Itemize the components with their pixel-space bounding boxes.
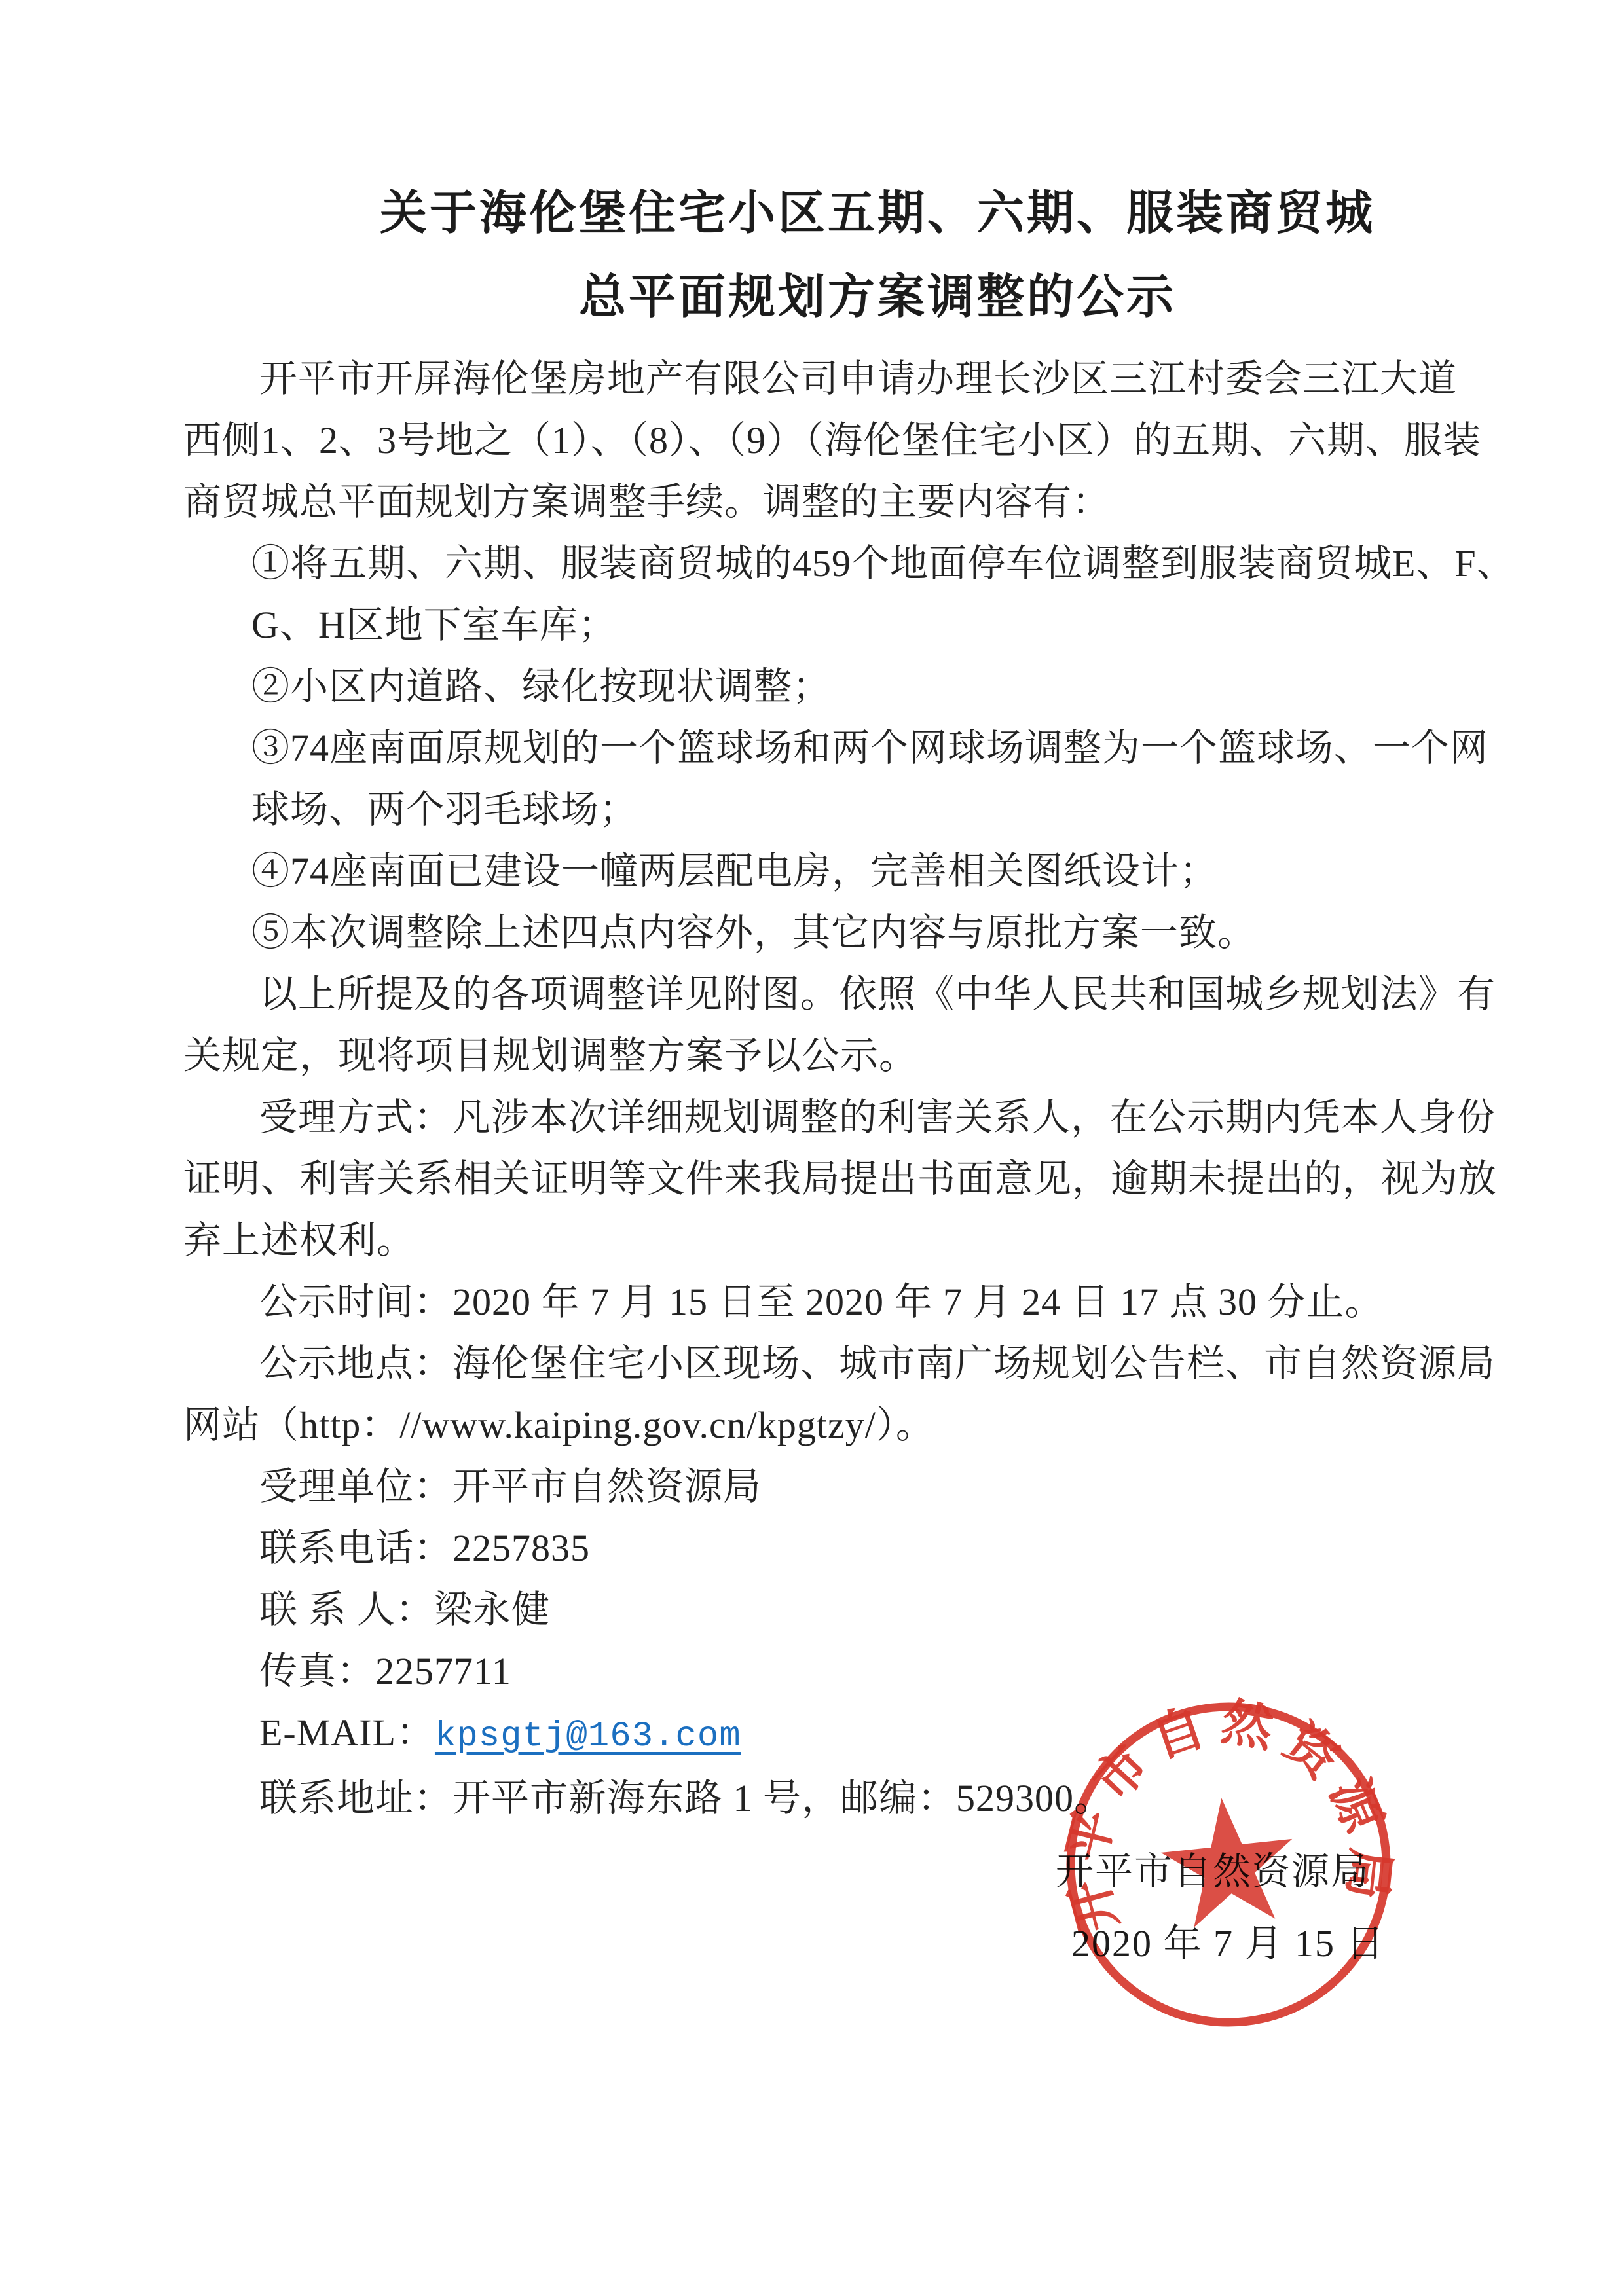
accepting-unit-line: 受理单位：开平市自然资源局 [183,1456,1434,1518]
publicity-place-line-2: 网站（http：//www.kaiping.gov.cn/kpgtzy/）。 [183,1394,1434,1456]
item-3-line-2: 球场、两个羽毛球场； [183,779,1434,841]
publicity-place-line-1: 公示地点：海伦堡住宅小区现场、城市南广场规划公告栏、市自然资源局 [183,1333,1434,1394]
intro-line-3: 商贸城总平面规划方案调整手续。调整的主要内容有： [183,471,1434,533]
notice-page: 关于海伦堡住宅小区五期、六期、服装商贸城 总平面规划方案调整的公示 开平市开屏海… [0,0,1624,2296]
attachment-note-line-2: 关规定，现将项目规划调整方案予以公示。 [183,1025,1434,1087]
item-1-line-1: ①将五期、六期、服装商贸城的459个地面停车位调整到服装商贸城E、F、 [183,533,1434,594]
intro-line-2: 西侧1、2、3号地之（1）、（8）、（9）（海伦堡住宅小区）的五期、六期、服装 [183,410,1434,471]
item-3-line-1: ③74座南面原规划的一个篮球场和两个网球场调整为一个篮球场、一个网 [183,718,1434,779]
title-line-1: 关于海伦堡住宅小区五期、六期、服装商贸城 [321,172,1434,255]
acceptance-line-2: 证明、利害关系相关证明等文件来我局提出书面意见，逾期未提出的，视为放 [183,1148,1434,1210]
acceptance-line-1: 受理方式：凡涉本次详细规划调整的利害关系人，在公示期内凭本人身份 [183,1087,1434,1148]
contact-phone-line: 联系电话：2257835 [183,1518,1434,1579]
contact-person-line: 联 系 人：梁永健 [183,1579,1434,1641]
notice-body: 开平市开屏海伦堡房地产有限公司申请办理长沙区三江村委会三江大道 西侧1、2、3号… [183,348,1434,1829]
item-1-line-2: G、H区地下室车库； [183,594,1434,656]
page-title: 关于海伦堡住宅小区五期、六期、服装商贸城 总平面规划方案调整的公示 [183,172,1434,339]
fax-line: 传真：2257711 [183,1641,1434,1702]
email-label: E-MAIL： [259,1711,435,1754]
item-2-line: ②小区内道路、绿化按现状调整； [183,656,1434,718]
attachment-note-line-1: 以上所提及的各项调整详见附图。依照《中华人民共和国城乡规划法》有 [183,964,1434,1025]
signature-date: 2020 年 7 月 15 日 [1071,1913,1386,1975]
item-5-line: ⑤本次调整除上述四点内容外，其它内容与原批方案一致。 [183,902,1434,964]
email-link[interactable]: kpsgtj@163.com [435,1717,741,1757]
acceptance-line-3: 弃上述权利。 [183,1210,1434,1271]
publicity-time-line: 公示时间：2020 年 7 月 15 日至 2020 年 7 月 24 日 17… [183,1271,1434,1333]
title-line-2: 总平面规划方案调整的公示 [321,255,1434,339]
contact-address-line: 联系地址：开平市新海东路 1 号，邮编：529300。 [183,1768,1434,1829]
email-line: E-MAIL：kpsgtj@163.com [183,1702,1434,1768]
signature-organization: 开平市自然资源局 [1056,1841,1370,1903]
intro-line-1: 开平市开屏海伦堡房地产有限公司申请办理长沙区三江村委会三江大道 [183,348,1434,410]
item-4-line: ④74座南面已建设一幢两层配电房，完善相关图纸设计； [183,841,1434,902]
